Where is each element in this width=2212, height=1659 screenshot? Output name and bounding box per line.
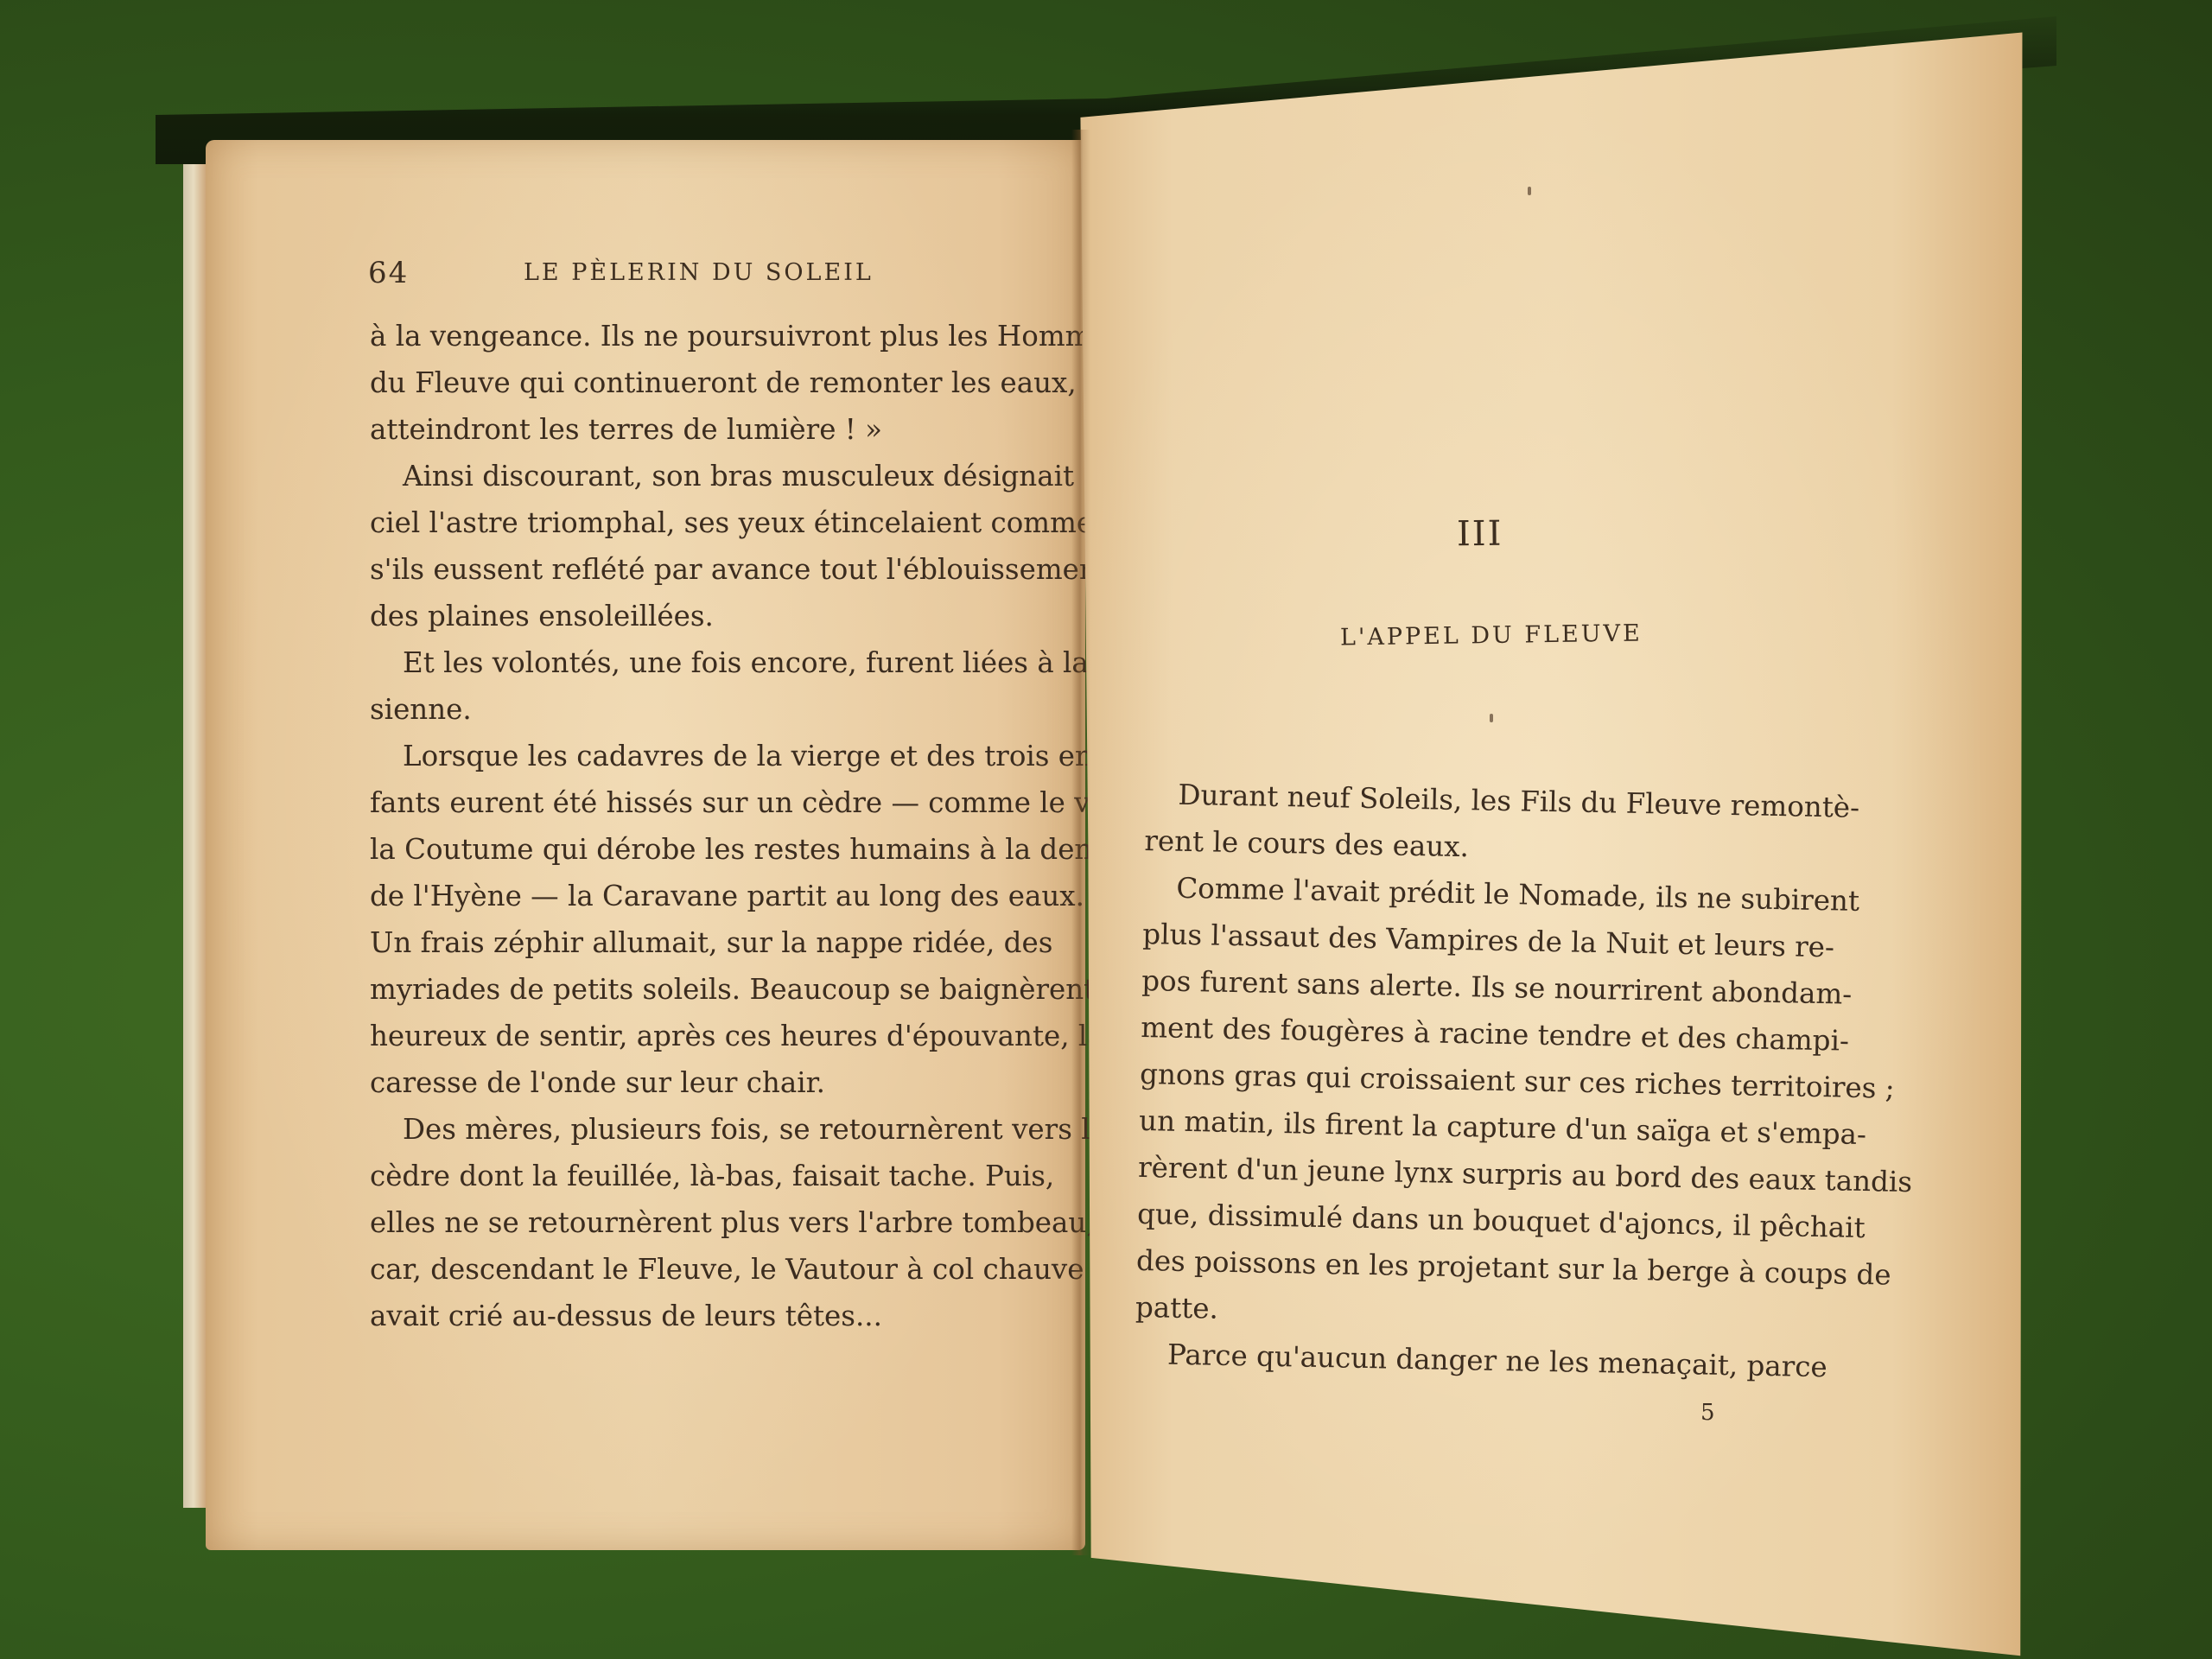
right-page-body: Durant neuf Soleils, les Fils du Fleuve …	[1135, 771, 1820, 1390]
ink-speck	[1528, 187, 1531, 195]
ink-speck	[1490, 714, 1493, 722]
chapter-number: III	[1457, 514, 1503, 555]
text-line: de l'Hyène — la Caravane partit au long …	[370, 873, 1009, 919]
page-number: 64	[368, 256, 409, 290]
text-line: Lorsque les cadavres de la vierge et des…	[370, 733, 1009, 779]
text-line: la Coutume qui dérobe les restes humains…	[370, 826, 1009, 873]
text-line: heureux de sentir, après ces heures d'ép…	[370, 1013, 1009, 1059]
text-line: Des mères, plusieurs fois, se retournère…	[370, 1106, 1009, 1153]
text-line: des plaines ensoleillées.	[370, 593, 1009, 639]
text-line: caresse de l'onde sur leur chair.	[370, 1059, 1009, 1106]
running-head-title: LE PÈLERIN DU SOLEIL	[524, 259, 874, 286]
text-line: atteindront les terres de lumière ! »	[370, 406, 1009, 453]
text-line: sienne.	[370, 686, 1009, 733]
left-page-body: à la vengeance. Ils ne poursuivront plus…	[370, 313, 1009, 1339]
text-line: Un frais zéphir allumait, sur la nappe r…	[370, 919, 1009, 966]
text-line: s'ils eussent reflété par avance tout l'…	[370, 546, 1009, 593]
text-line: cèdre dont la feuillée, là-bas, faisait …	[370, 1153, 1009, 1199]
right-page: III L'APPEL DU FLEUVE Durant neuf Soleil…	[1077, 26, 2036, 1659]
text-line: à la vengeance. Ils ne poursuivront plus…	[370, 313, 1009, 359]
text-line: avait crié au-dessus de leurs têtes...	[370, 1293, 1009, 1339]
text-line: Ainsi discourant, son bras musculeux dés…	[370, 453, 1009, 499]
text-line: fants eurent été hissés sur un cèdre — c…	[370, 779, 1009, 826]
chapter-title: L'APPEL DU FLEUVE	[1340, 620, 1643, 652]
text-line: du Fleuve qui continueront de remonter l…	[370, 359, 1009, 406]
left-page: 64 LE PÈLERIN DU SOLEIL à la vengeance. …	[206, 140, 1085, 1550]
running-head: 64 LE PÈLERIN DU SOLEIL	[368, 256, 1059, 308]
text-line: ciel l'astre triomphal, ses yeux étincel…	[370, 499, 1009, 546]
text-line: myriades de petits soleils. Beaucoup se …	[370, 966, 1009, 1013]
signature-mark: 5	[1700, 1400, 1715, 1426]
book-gutter	[1071, 130, 1090, 1555]
text-line: car, descendant le Fleuve, le Vautour à …	[370, 1246, 1009, 1293]
text-line: elles ne se retournèrent plus vers l'arb…	[370, 1199, 1009, 1246]
text-line: Et les volontés, une fois encore, furent…	[370, 639, 1009, 686]
